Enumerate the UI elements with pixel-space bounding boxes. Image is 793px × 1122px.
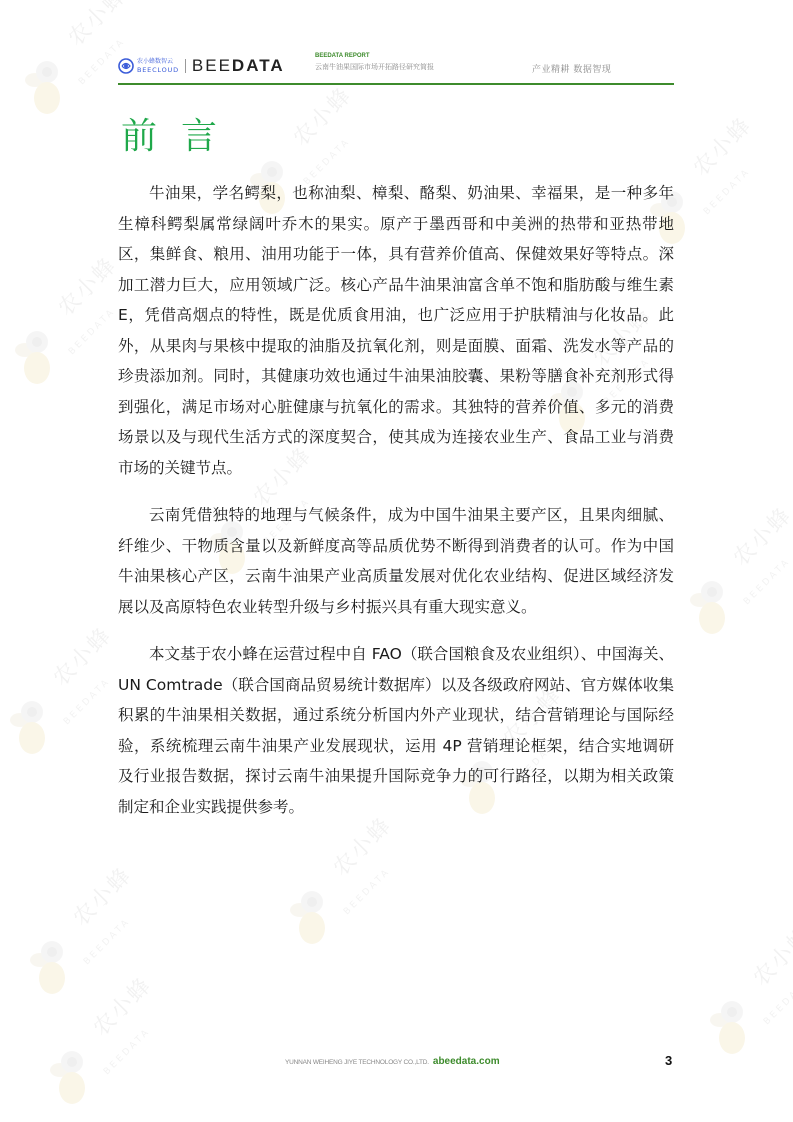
watermark-text: 农小蜂 [45,619,118,692]
watermark-subtext: BEEDATA [742,556,793,607]
header-divider [118,83,674,85]
body-content: 牛油果，学名鳄梨，也称油梨、樟梨、酪梨、奶油果、幸福果，是一种多年生樟科鳄梨属常… [118,178,674,839]
beecloud-logo-icon [118,58,134,74]
watermark-text: 农小蜂 [85,969,158,1042]
wordmark-light: BEE [192,56,232,75]
bee-logo-icon [15,50,75,120]
watermark-subtext: BEEDATA [762,976,793,1027]
watermark: 农小蜂 BEEDATA [40,1010,190,1120]
page-number: 3 [665,1053,672,1068]
page-header: 农小蜂数智云 BEECLOUD BEEDATA BEEDATA REPORT 云… [118,50,674,83]
watermark-subtext: BEEDATA [702,166,753,217]
watermark-text: 农小蜂 [285,79,358,152]
header-slogan: 产业精耕 数据智现 [532,62,611,75]
watermark: 农小蜂 BEEDATA [700,960,793,1070]
beedata-wordmark: BEEDATA [192,56,285,76]
bee-logo-icon [40,1040,100,1110]
watermark: 农小蜂 BEEDATA [280,850,430,960]
report-title: 云南牛油果国际市场开拓路径研究简报 [315,64,434,71]
watermark: 农小蜂 BEEDATA [20,900,170,1010]
bee-logo-icon [0,690,60,760]
section-title: 前言 [121,108,241,159]
report-info: BEEDATA REPORT 云南牛油果国际市场开拓路径研究简报 [315,53,434,71]
watermark-text: 农小蜂 [745,919,793,992]
watermark-text: 农小蜂 [685,109,758,182]
bee-logo-icon [280,880,340,950]
watermark-text: 农小蜂 [60,0,133,52]
paragraph: 牛油果，学名鳄梨，也称油梨、樟梨、酪梨、奶油果、幸福果，是一种多年生樟科鳄梨属常… [118,178,674,483]
watermark-text: 农小蜂 [725,499,793,572]
watermark-subtext: BEEDATA [82,916,133,967]
watermark-text: 农小蜂 [65,859,138,932]
logo-en-text: BEECLOUD [137,67,179,74]
page-footer: YUNNAN WEIHENG JIYE TECHNOLOGY CO.,LTD. … [285,1056,675,1067]
watermark-subtext: BEEDATA [62,676,113,727]
logo-cn-text: 农小蜂数智云 [137,59,179,65]
watermark-subtext: BEEDATA [342,866,393,917]
watermark-subtext: BEEDATA [102,1026,153,1077]
bee-logo-icon [680,570,740,640]
logo-divider [185,59,186,73]
watermark-subtext: BEEDATA [67,306,118,357]
bee-logo-icon [20,930,80,1000]
wordmark-bold: DATA [232,56,285,75]
watermark: 农小蜂 BEEDATA [680,540,793,650]
paragraph: 本文基于农小蜂在运营过程中自 FAO（联合国粮食及农业组织）、中国海关、UN C… [118,639,674,822]
company-name: YUNNAN WEIHENG JIYE TECHNOLOGY CO.,LTD. [285,1059,429,1066]
bee-logo-icon [700,990,760,1060]
brand-logo: 农小蜂数智云 BEECLOUD BEEDATA [118,56,285,76]
watermark-text: 农小蜂 [50,249,123,322]
bee-logo-icon [5,320,65,390]
paragraph: 云南凭借独特的地理与气候条件，成为中国牛油果主要产区，且果肉细腻、纤维少、干物质… [118,500,674,622]
report-label: BEEDATA REPORT [315,53,434,59]
website-link[interactable]: abeedata.com [433,1056,500,1067]
